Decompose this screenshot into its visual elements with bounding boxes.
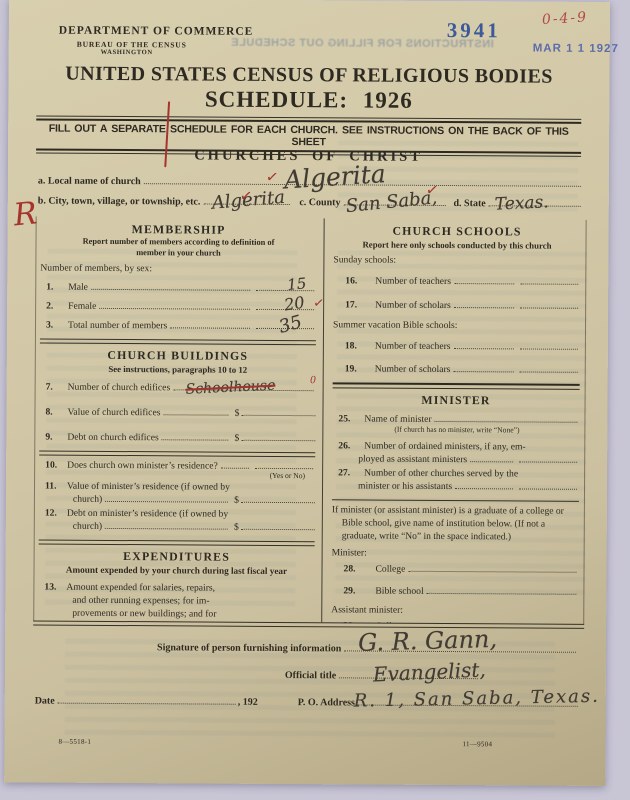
date-address-row: Date , 192 P. O. Address R. 1, San Saba,… [35, 695, 580, 709]
minister-label: Minister: [332, 548, 579, 561]
row-owns-residence: 10. Does church own minister’s residence… [39, 460, 315, 473]
section-divider [40, 339, 316, 346]
expenditures-section-title: EXPENDITURES [39, 549, 315, 566]
serial-number-stamp: 3941 [447, 18, 501, 43]
row-label: Male [68, 282, 88, 293]
answer-line [520, 307, 578, 308]
row-residence-value: 11. Value of minister’s residence (if ow… [39, 481, 315, 494]
answer-line: R. 1, San Saba, Texas. [358, 704, 578, 706]
row-18: 18. Number of teachers [333, 340, 580, 353]
row-number: 9. [39, 432, 67, 443]
po-address-label: P. O. Address [298, 697, 355, 708]
row-label-cont: ployed as assistant ministers [332, 453, 467, 465]
minister-section-title: MINISTER [333, 392, 580, 409]
row-number: 27. [332, 467, 364, 478]
row-label-cont: church) [39, 494, 102, 505]
handwritten-county: San Saba, [345, 187, 438, 217]
row-number: 3. [40, 320, 68, 331]
row-27: 27. Number of other churches served by t… [332, 467, 579, 480]
dotted-leader [105, 528, 228, 530]
handwritten-po-address: R. 1, San Saba, Texas. [354, 686, 601, 712]
answer-line [519, 461, 577, 462]
row-label: Number of church edifices [68, 382, 171, 394]
red-zero-annotation: 0 [310, 374, 316, 386]
row-number: 13. [38, 582, 66, 593]
answer-line [408, 571, 576, 573]
handwritten-total-count: 35 [277, 311, 305, 337]
row-label: Number of teachers [375, 276, 451, 287]
answer-line: G. R. Gann, [344, 650, 576, 652]
dotted-leader [454, 348, 514, 349]
dollar-sign: $ [234, 433, 239, 444]
row-label: Female [68, 301, 96, 312]
dotted-leader [105, 501, 228, 503]
row-number: 10. [39, 460, 67, 471]
row-label-cont: church) [39, 521, 102, 532]
dotted-leader [221, 468, 249, 469]
row-number: 28. [331, 564, 375, 575]
date-label: Date [35, 695, 55, 706]
section-divider [39, 540, 315, 547]
row-28: 28. College [331, 564, 578, 577]
buildings-subtitle: See instructions, paragraphs 10 to 12 [40, 364, 316, 376]
row-number: 18. [333, 340, 375, 351]
graduate-instruction-line2: Bible school, give name of institution b… [332, 517, 579, 531]
signature-row: Signature of person furnishing informati… [157, 642, 578, 656]
sunday-schools-label: Sunday schools: [333, 254, 580, 267]
row-edifice-value: 8. Value of church edifices $ [39, 407, 315, 420]
membership-subtitle-line1: Report number of members according to de… [40, 237, 316, 249]
row-label-cont: and other running expenses; for im- [38, 595, 314, 608]
row-label: Value of church edifices [67, 407, 160, 419]
handwritten-signature: G. R. Gann, [358, 625, 498, 657]
row-number: 29. [331, 586, 375, 597]
assistant-minister-label: Assistant minister: [331, 605, 578, 618]
row-label: College [375, 564, 405, 575]
section-divider [333, 382, 580, 390]
row-label: Number of scholars [375, 300, 451, 311]
answer-line: San Saba, [343, 204, 445, 206]
row-label: Number of scholars [375, 364, 451, 375]
graduate-instruction-line1: If minister (or assistant minister) is a… [332, 504, 579, 518]
no-minister-hint: (If church has no minister, write “None”… [394, 425, 579, 435]
row-female: 2. Female 20 [40, 301, 316, 314]
answer-line: 20 [256, 309, 314, 310]
dotted-leader [162, 439, 229, 440]
dotted-leader [163, 414, 228, 415]
handwritten-church-name: Algerita [283, 159, 386, 194]
answer-line [241, 440, 315, 441]
row-residence-debt-tail: church) $ [39, 521, 315, 534]
answer-line [427, 593, 577, 595]
date-answer-line [58, 703, 236, 705]
row-label: Value of minister’s residence (if owned … [67, 481, 230, 493]
census-form-paper: INSTRUCTIONS FOR FILLING OUT SCHEDULE DE… [4, 0, 610, 786]
membership-intro: Number of members, by sex: [40, 263, 316, 276]
dotted-leader [470, 461, 513, 462]
row-number: 1. [40, 282, 68, 293]
section-divider [39, 451, 315, 458]
department-line: DEPARTMENT OF COMMERCE [59, 25, 254, 38]
row-27-tail: minister or his assistants [332, 480, 579, 493]
right-column: CHURCH SCHOOLS Report here only schools … [322, 218, 585, 624]
dotted-leader [454, 307, 514, 308]
row-label: Number of ordained ministers, if any, em… [364, 441, 525, 453]
row-number: 2. [40, 301, 68, 312]
row-number: 16. [333, 275, 375, 286]
signature-label: Signature of person furnishing informati… [157, 642, 341, 654]
row-label: Total number of members [68, 320, 167, 332]
dotted-leader [91, 289, 250, 291]
handwritten-male-count: 15 [286, 274, 307, 294]
buildings-section-title: CHURCH BUILDINGS [40, 348, 316, 365]
field-a-label: a. Local name of church [38, 176, 141, 188]
form-body: CHURCHES OF CHRIST a. Local name of chur… [5, 146, 609, 710]
row-number: 12. [39, 508, 67, 519]
row-number: 19. [333, 363, 375, 374]
schedule-year-title: SCHEDULE: 1926 [8, 85, 609, 115]
answer-line [520, 371, 578, 372]
row-26-tail: ployed as assistant ministers [332, 453, 579, 466]
field-b-label: b. City, town, village, or township, etc… [38, 196, 201, 208]
row-edifices: 7. Number of church edifices Schoolhouse… [40, 382, 316, 395]
print-number: 11—9504 [462, 740, 492, 748]
graduate-instruction-line3: graduate, write “No” in the space indica… [332, 531, 579, 545]
membership-subtitle-line2: member in your church [40, 247, 316, 259]
membership-subtitle: Report number of members according to de… [40, 237, 316, 260]
dotted-leader [170, 327, 250, 328]
row-number: 7. [40, 382, 68, 393]
row-19: 19. Number of scholars [333, 363, 580, 376]
expenditures-subtitle: Amount expended by your church during la… [38, 565, 314, 577]
field-d-label: d. State [453, 198, 485, 209]
field-city-county-state: b. City, town, village, or township, etc… [38, 196, 583, 210]
year-prefix: , 192 [238, 697, 258, 708]
row-number: 8. [39, 407, 67, 418]
row-17: 17. Number of scholars [333, 299, 580, 312]
left-column: MEMBERSHIP Report number of members acco… [34, 217, 323, 623]
row-label: Does church own minister’s residence? [67, 460, 218, 472]
form-number: 8—5518-1 [58, 738, 91, 746]
row-residence-value-tail: church) $ [39, 494, 315, 507]
row-26: 26. Number of ordained ministers, if any… [332, 440, 579, 453]
answer-line: Evangelist, [339, 677, 478, 679]
signature-block: Signature of person furnishing informati… [35, 642, 580, 710]
dotted-leader [454, 283, 514, 284]
dotted-leader [453, 371, 513, 372]
row-edifice-debt: 9. Debt on church edifices $ [39, 432, 315, 445]
answer-line [241, 502, 315, 503]
answer-line [241, 415, 315, 416]
dollar-sign: $ [234, 522, 239, 533]
row-number: 11. [39, 481, 67, 492]
answer-line: 15 [256, 290, 314, 291]
row-male: 1. Male 15 [40, 282, 316, 295]
row-label: Bible school [375, 586, 423, 597]
handwritten-schoolhouse: Schoolhouse [185, 378, 275, 398]
row-label: Number of other churches served by the [364, 468, 518, 480]
answer-line [520, 348, 578, 349]
row-residence-debt: 12. Debt on minister’s residence (if own… [39, 508, 315, 521]
handwritten-female-count: 20 [282, 293, 305, 315]
answer-line [241, 529, 315, 530]
answer-line: Algerita [203, 204, 289, 206]
official-title-label: Official title [285, 670, 336, 681]
answer-line [255, 468, 313, 469]
dotted-leader [455, 488, 513, 489]
row-total-members: 3. Total number of members 35 [40, 320, 316, 333]
two-column-form-area: MEMBERSHIP Report number of members acco… [33, 216, 586, 623]
row-number: 25. [332, 413, 364, 424]
row-16: 16. Number of teachers [333, 275, 580, 288]
dollar-sign: $ [234, 495, 239, 506]
row-label: Debt on church edifices [67, 432, 158, 444]
row-label-cont: provements or new buildings; and for [38, 608, 314, 621]
handwritten-city: Algerita [211, 187, 286, 214]
row-number: 17. [333, 299, 375, 310]
row-label-cont: minister or his assistants [332, 480, 452, 492]
row-label: Amount expended for salaries, repairs, [66, 582, 215, 594]
answer-line: Texas. [489, 205, 581, 207]
row-number: 26. [332, 440, 364, 451]
red-code-annotation: 0-4-9 [541, 9, 588, 28]
dollar-sign: $ [235, 408, 240, 419]
handwritten-official-title: Evangelist, [373, 657, 487, 686]
dotted-leader [99, 308, 250, 310]
schools-section-title: CHURCH SCHOOLS [334, 223, 581, 240]
schools-subtitle: Report here only schools conducted by th… [333, 239, 580, 251]
official-title-row: Official title Evangelist, [285, 670, 480, 682]
row-label: Number of teachers [375, 341, 451, 352]
row-label: Name of minister [364, 414, 431, 425]
row-25: 25. Name of minister [332, 413, 579, 426]
answer-line [520, 283, 578, 284]
answer-line: Schoolhouse 0 [173, 389, 313, 391]
washington-line: WASHINGTON [101, 49, 153, 56]
section-divider [332, 499, 579, 502]
answer-line: Algerita [144, 183, 581, 187]
handwritten-state: Texas. [494, 192, 549, 214]
summer-bible-schools-label: Summer vacation Bible schools: [333, 319, 580, 332]
received-date-stamp: MAR 1 1 1927 [533, 43, 619, 56]
row-13: 13. Amount expended for salaries, repair… [38, 582, 314, 595]
answer-line: 35 [256, 328, 314, 329]
answer-line [435, 421, 578, 423]
bureau-line: BUREAU OF THE CENSUS [77, 40, 187, 50]
answer-line [519, 488, 577, 489]
membership-section-title: MEMBERSHIP [41, 222, 317, 239]
row-29: 29. Bible school [331, 586, 578, 599]
field-local-name: a. Local name of church Algerita [38, 176, 583, 190]
row-label: Debt on minister’s residence (if owned b… [67, 508, 228, 520]
field-c-label: c. County [299, 197, 340, 208]
